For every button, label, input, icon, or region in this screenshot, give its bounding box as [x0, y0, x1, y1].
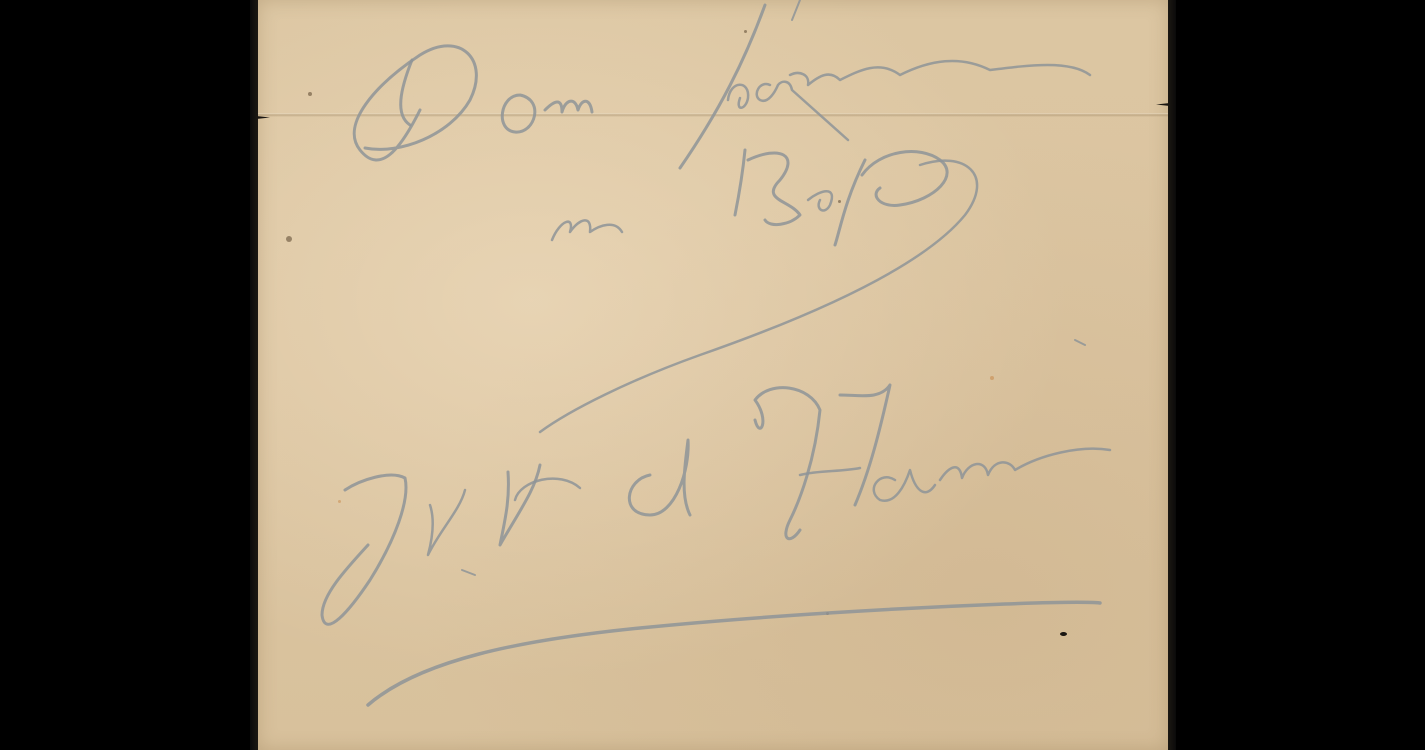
document-viewer: Dom Jacques en Bep J v d Ham: [0, 0, 1425, 750]
paper-speck: [286, 236, 292, 242]
paper-speck: [826, 612, 829, 615]
paper-speck: [990, 376, 994, 380]
fold-notch-right: [1156, 103, 1170, 106]
signature: J v d Ham: [0, 16, 1, 17]
paper-speck: [308, 92, 312, 96]
paper-right-edge: [1168, 0, 1176, 750]
inscription-line-2: en Bep: [0, 16, 1, 17]
ink-blot: [1060, 632, 1067, 636]
paper-sheet: [258, 0, 1168, 750]
inscription-line-1: Dom Jacques: [0, 16, 1, 17]
paper-left-edge: [250, 0, 258, 750]
fold-crease: [258, 113, 1168, 117]
paper-speck: [744, 30, 747, 33]
paper-speck: [338, 500, 341, 503]
paper-speck: [838, 200, 841, 203]
